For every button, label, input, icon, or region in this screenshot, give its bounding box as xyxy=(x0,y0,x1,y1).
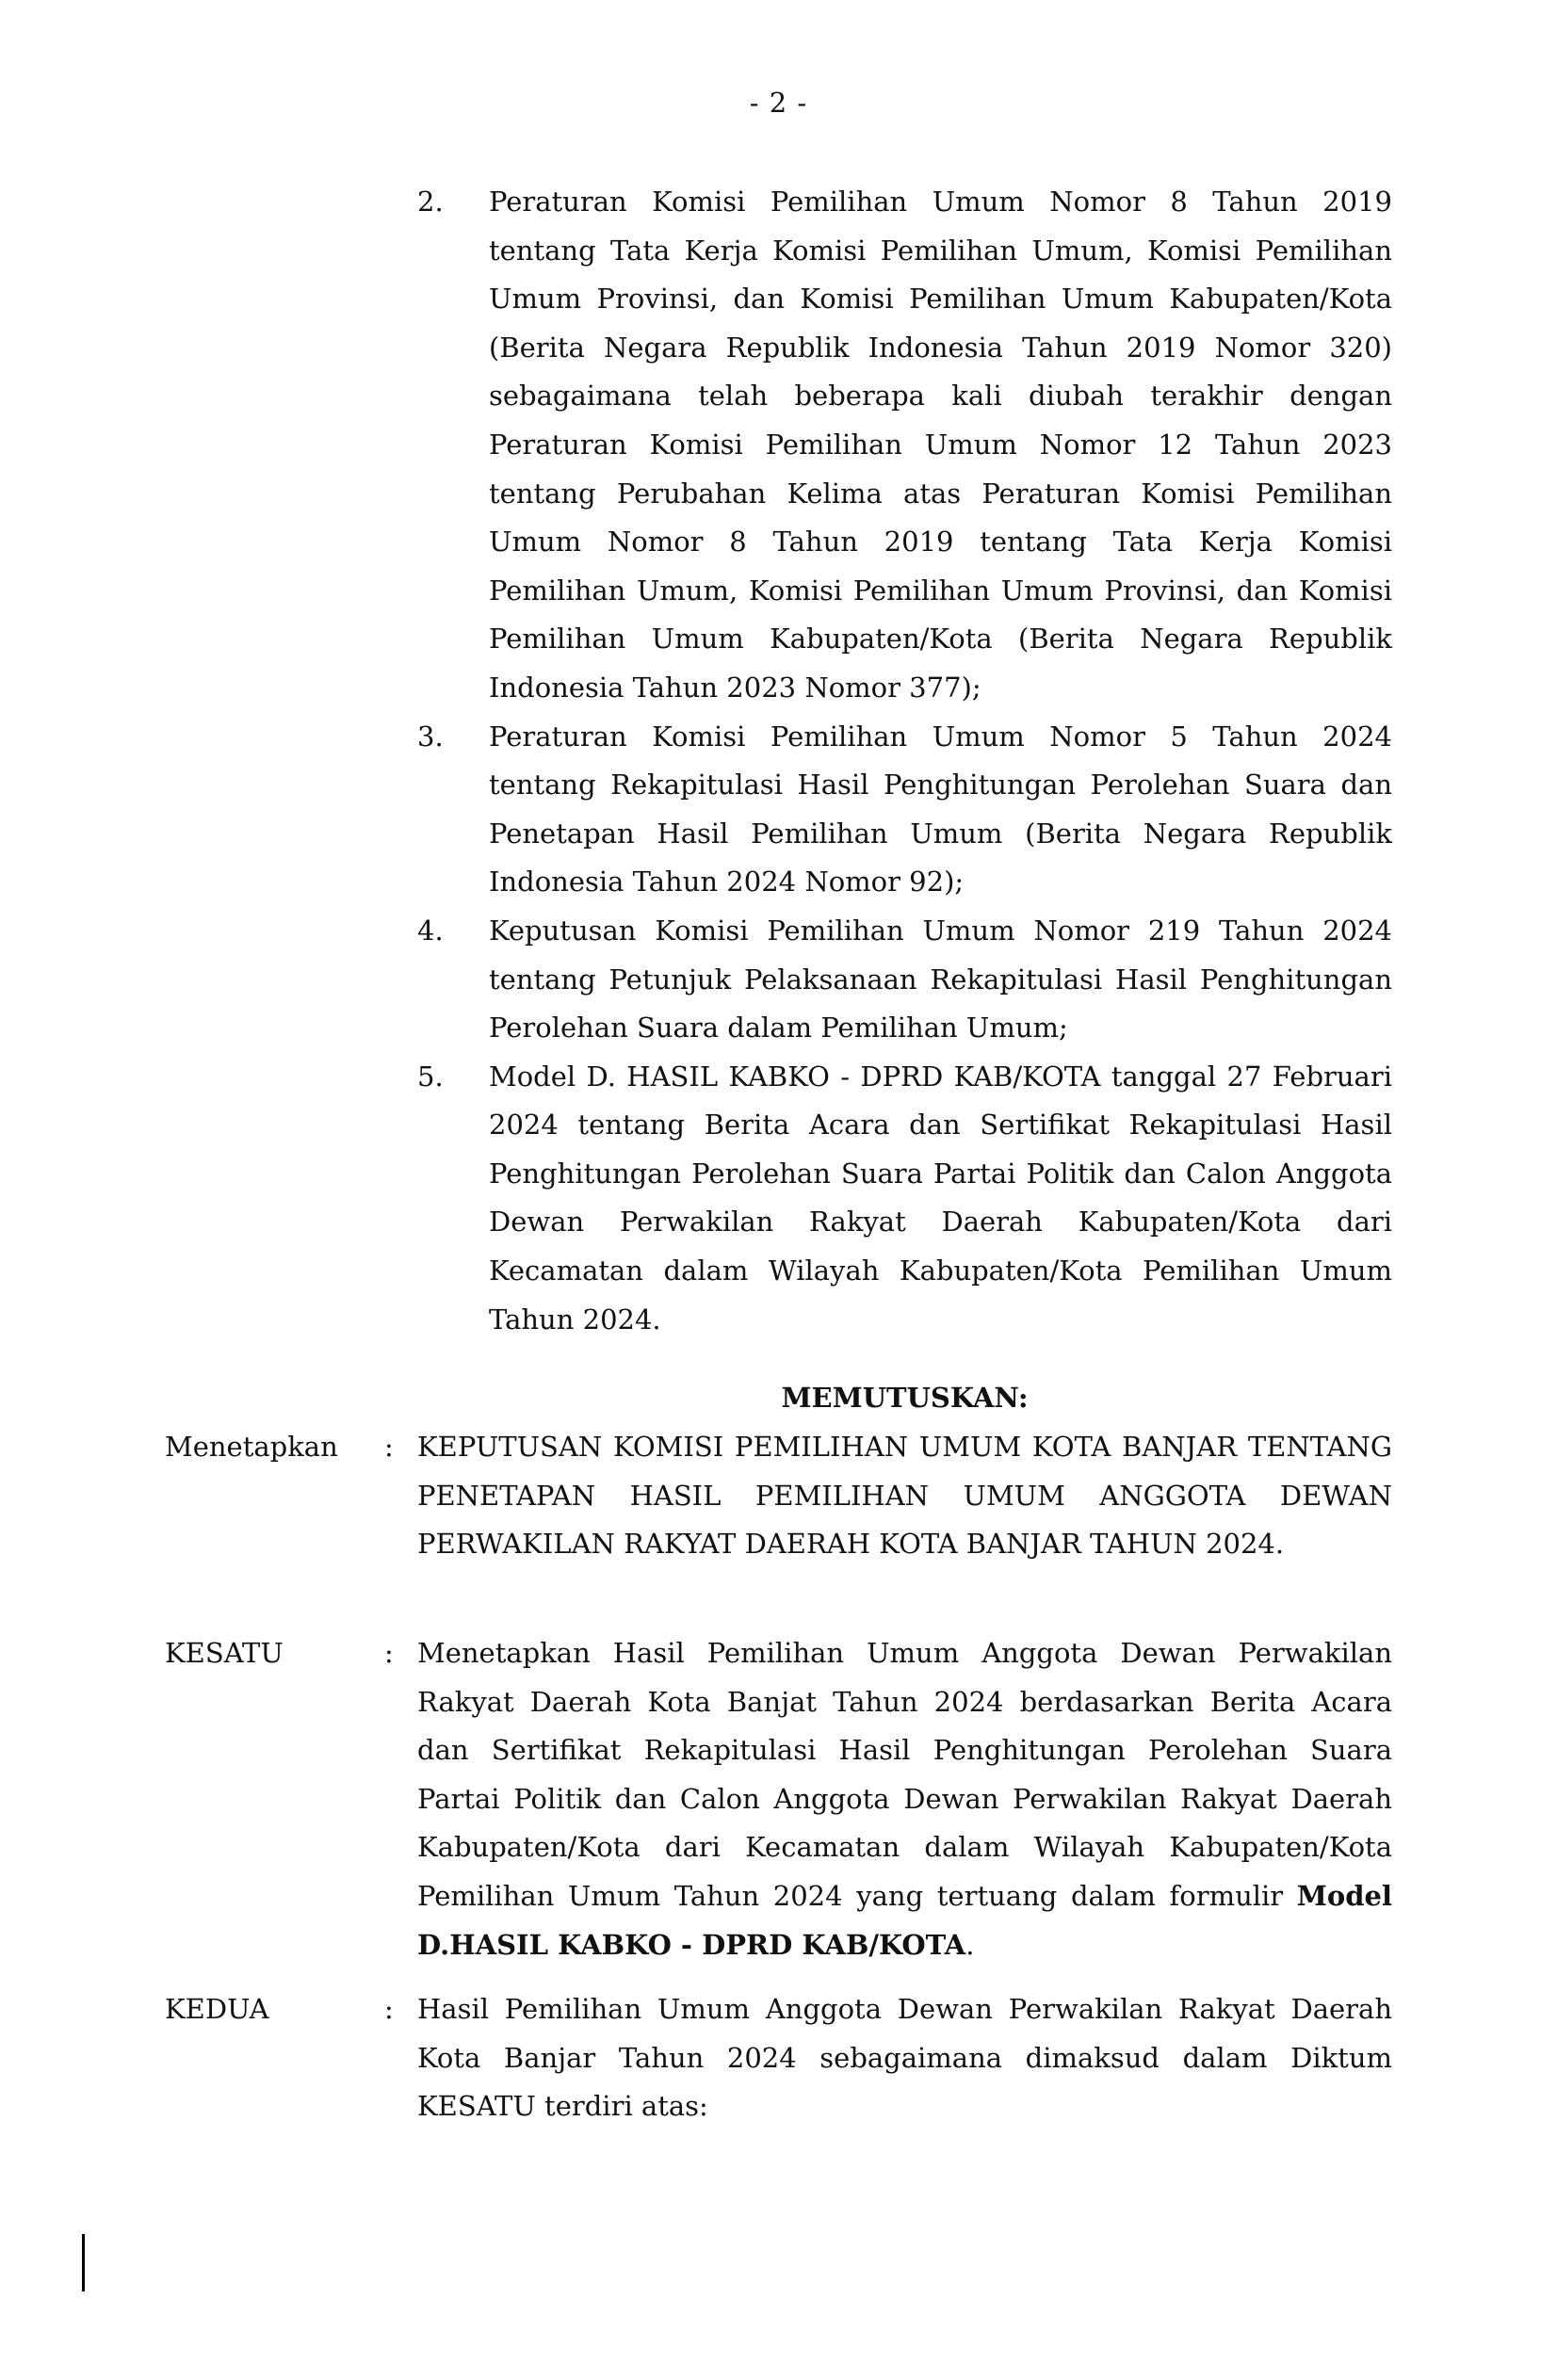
legal-references-list: 2. Peraturan Komisi Pemilihan Umum Nomor… xyxy=(417,178,1392,1344)
margin-mark xyxy=(82,2234,85,2291)
diktum-kedua: KEDUA : Hasil Pemilihan Umum Anggota Dew… xyxy=(165,1985,1392,2131)
decision-heading: MEMUTUSKAN: xyxy=(417,1374,1392,1423)
reference-item-3: 3. Peraturan Komisi Pemilihan Umum Nomor… xyxy=(417,713,1392,907)
reference-text: Model D. HASIL KABKO - DPRD KAB/KOTA tan… xyxy=(489,1053,1392,1345)
reference-text: Peraturan Komisi Pemilihan Umum Nomor 5 … xyxy=(489,713,1392,907)
diktum-text: KEPUTUSAN KOMISI PEMILIHAN UMUM KOTA BAN… xyxy=(417,1423,1392,1569)
diktum-text: Hasil Pemilihan Umum Anggota Dewan Perwa… xyxy=(417,1985,1392,2131)
reference-number: 4. xyxy=(417,907,444,956)
reference-number: 3. xyxy=(417,713,444,762)
diktum-label: Menetapkan xyxy=(165,1423,338,1472)
diktum-colon: : xyxy=(384,1985,394,2034)
reference-number: 2. xyxy=(417,178,444,227)
reference-text: Keputusan Komisi Pemilihan Umum Nomor 21… xyxy=(489,907,1392,1053)
diktum-kesatu: KESATU : Menetapkan Hasil Pemilihan Umum… xyxy=(165,1629,1392,1969)
reference-item-4: 4. Keputusan Komisi Pemilihan Umum Nomor… xyxy=(417,907,1392,1053)
diktum-text-main: Menetapkan Hasil Pemilihan Umum Anggota … xyxy=(417,1637,1392,1912)
reference-item-2: 2. Peraturan Komisi Pemilihan Umum Nomor… xyxy=(417,178,1392,713)
page-number: - 2 - xyxy=(0,87,1557,119)
diktum-colon: : xyxy=(384,1629,394,1678)
diktum-text-end: . xyxy=(965,1929,974,1961)
diktum-text: Menetapkan Hasil Pemilihan Umum Anggota … xyxy=(417,1629,1392,1969)
diktum-label: KESATU xyxy=(165,1629,284,1678)
diktum-label: KEDUA xyxy=(165,1985,269,2034)
reference-number: 5. xyxy=(417,1053,444,1102)
reference-text: Peraturan Komisi Pemilihan Umum Nomor 8 … xyxy=(489,178,1392,713)
reference-item-5: 5. Model D. HASIL KABKO - DPRD KAB/KOTA … xyxy=(417,1053,1392,1345)
diktum-colon: : xyxy=(384,1423,394,1472)
diktum-menetapkan: Menetapkan : KEPUTUSAN KOMISI PEMILIHAN … xyxy=(165,1423,1392,1569)
